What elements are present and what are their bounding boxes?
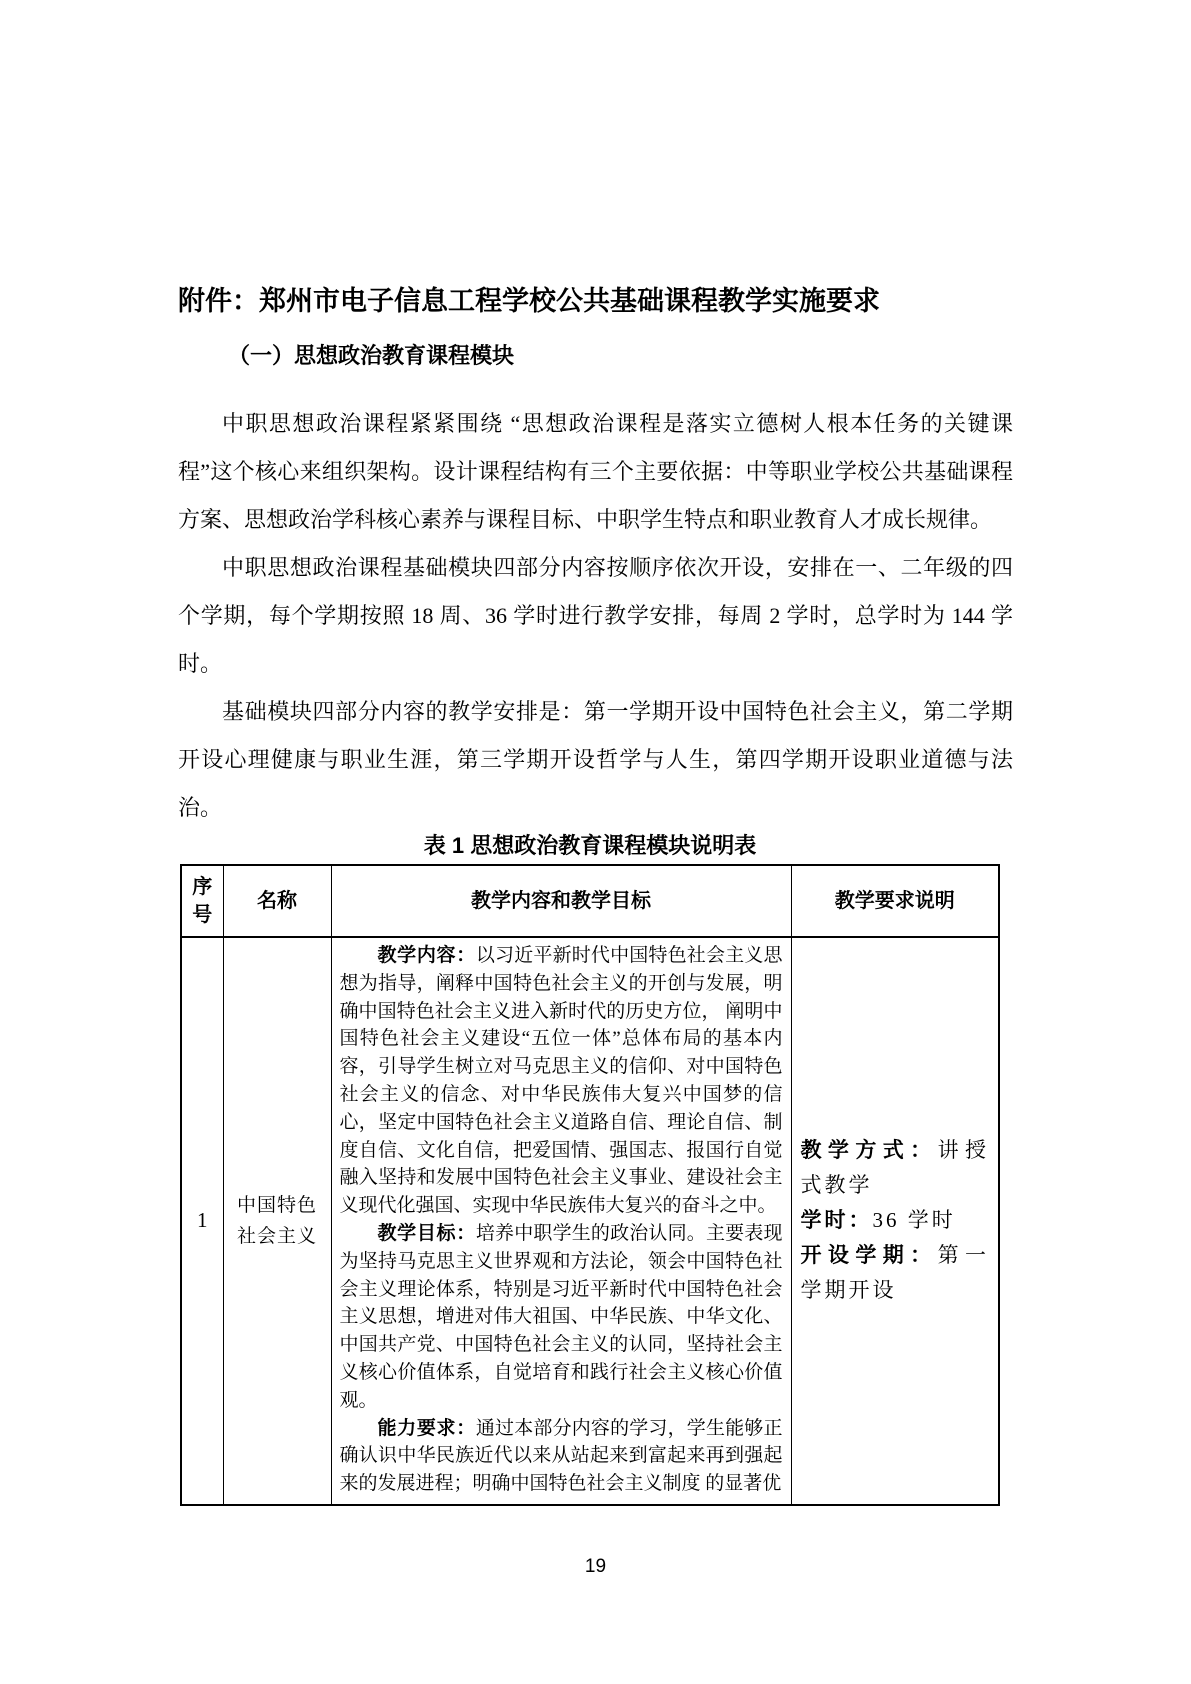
section-heading: （一）思想政治教育课程模块 xyxy=(228,341,1013,371)
requirement-label: 学时： xyxy=(801,1208,873,1232)
requirement-text: 36 学时 xyxy=(873,1208,956,1232)
page-title: 附件：郑州市电子信息工程学校公共基础课程教学实施要求 xyxy=(178,283,1013,319)
paragraph: 中职思想政治课程紧紧围绕 “思想政治课程是落实立德树人根本任务的关键课程”这个核… xyxy=(178,400,1013,544)
requirement-label: 开设学期： xyxy=(801,1243,938,1267)
content-label: 教学内容： xyxy=(378,945,476,966)
table-caption: 表 1 思想政治教育课程模块说明表 xyxy=(180,832,1000,860)
content-text: 培养中职学生的政治认同。主要表现为坚持马克思主义世界观和方法论，领会中国特色社会… xyxy=(340,1223,783,1411)
cell-course-name: 中国特色社会主义 xyxy=(223,937,331,1505)
cell-teaching-content: 教学内容：以习近平新时代中国特色社会主义思想为指导，阐释中国特色社会主义的开创与… xyxy=(331,937,791,1505)
paragraph: 中职思想政治课程基础模块四部分内容按顺序依次开设，安排在一、二年级的四个学期，每… xyxy=(178,544,1013,688)
col-header-content: 教学内容和教学目标 xyxy=(331,865,791,937)
page-content: 附件：郑州市电子信息工程学校公共基础课程教学实施要求 （一）思想政治教育课程模块… xyxy=(178,283,1013,1506)
document-page: 附件：郑州市电子信息工程学校公共基础课程教学实施要求 （一）思想政治教育课程模块… xyxy=(0,0,1191,1684)
content-paragraph: 能力要求：通过本部分内容的学习，学生能够正确认识中华民族近代以来从站起来到富起来… xyxy=(340,1415,783,1498)
content-label: 教学目标： xyxy=(378,1223,476,1244)
content-paragraph: 教学目标：培养中职学生的政治认同。主要表现为坚持马克思主义世界观和方法论，领会中… xyxy=(340,1220,783,1415)
col-header-requirements: 教学要求说明 xyxy=(791,865,999,937)
table-row: 1 中国特色社会主义 教学内容：以习近平新时代中国特色社会主义思想为指导，阐释中… xyxy=(181,937,999,1505)
course-module-table: 序号 名称 教学内容和教学目标 教学要求说明 1 中国特色社会主义 教学内容：以… xyxy=(180,864,1000,1506)
col-header-name: 名称 xyxy=(223,865,331,937)
content-paragraph: 教学内容：以习近平新时代中国特色社会主义思想为指导，阐释中国特色社会主义的开创与… xyxy=(340,942,783,1220)
requirement-label: 教学方式： xyxy=(801,1138,938,1162)
table-header-row: 序号 名称 教学内容和教学目标 教学要求说明 xyxy=(181,865,999,937)
col-header-index: 序号 xyxy=(181,865,223,937)
requirement-line: 教学方式：讲授式教学 xyxy=(801,1133,990,1203)
paragraph: 基础模块四部分内容的教学安排是：第一学期开设中国特色社会主义，第二学期开设心理健… xyxy=(178,688,1013,832)
requirement-line: 学时：36 学时 xyxy=(801,1203,990,1238)
cell-row-index: 1 xyxy=(181,937,223,1505)
content-text: 以习近平新时代中国特色社会主义思想为指导，阐释中国特色社会主义的开创与发展，明确… xyxy=(340,945,783,1216)
page-number: 19 xyxy=(0,1556,1191,1578)
cell-teaching-requirements: 教学方式：讲授式教学 学时：36 学时 开设学期：第一学期开设 xyxy=(791,937,999,1505)
requirement-line: 开设学期：第一学期开设 xyxy=(801,1238,990,1308)
content-label: 能力要求： xyxy=(378,1418,476,1439)
